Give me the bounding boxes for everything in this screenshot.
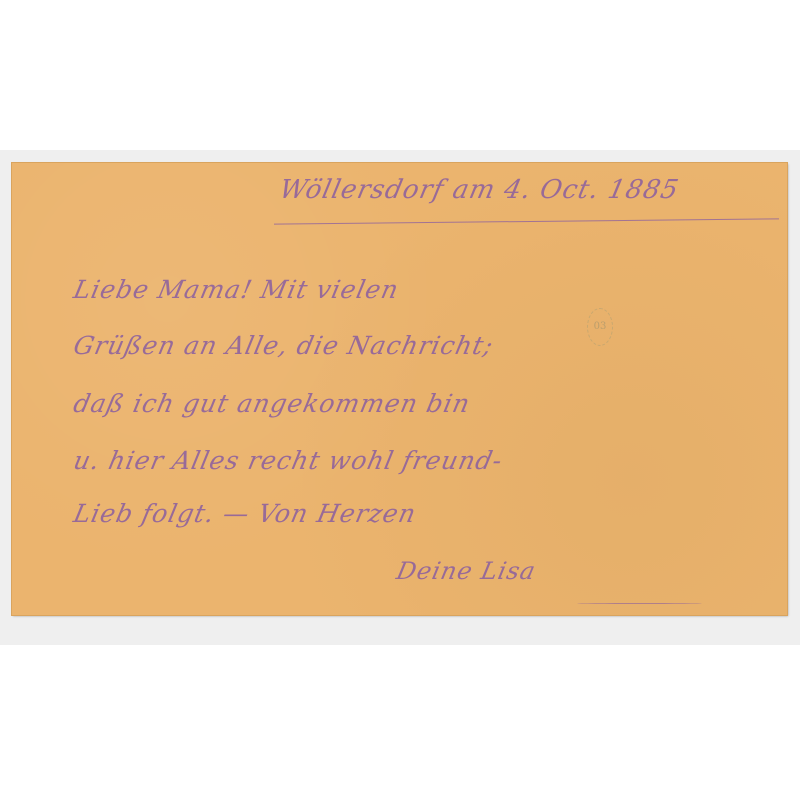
signature: Deine Lisa (394, 557, 539, 585)
body-line: Grüßen an Alle, die Nachricht; (71, 331, 497, 360)
body-line: daß ich gut angekommen bin (71, 389, 473, 418)
postcard: Wöllersdorf am 4. Oct. 1885 03 Liebe Mam… (12, 163, 787, 615)
body-line: Lieb folgt. — Von Herzen (71, 499, 419, 528)
dateline: Wöllersdorf am 4. Oct. 1885 (277, 175, 682, 205)
dateline-underline (274, 218, 779, 224)
faint-postmark: 03 (587, 308, 613, 346)
signature-flourish (577, 603, 702, 604)
body-line: Liebe Mama! Mit vielen (71, 275, 402, 304)
body-line: u. hier Alles recht wohl freund- (71, 446, 506, 475)
